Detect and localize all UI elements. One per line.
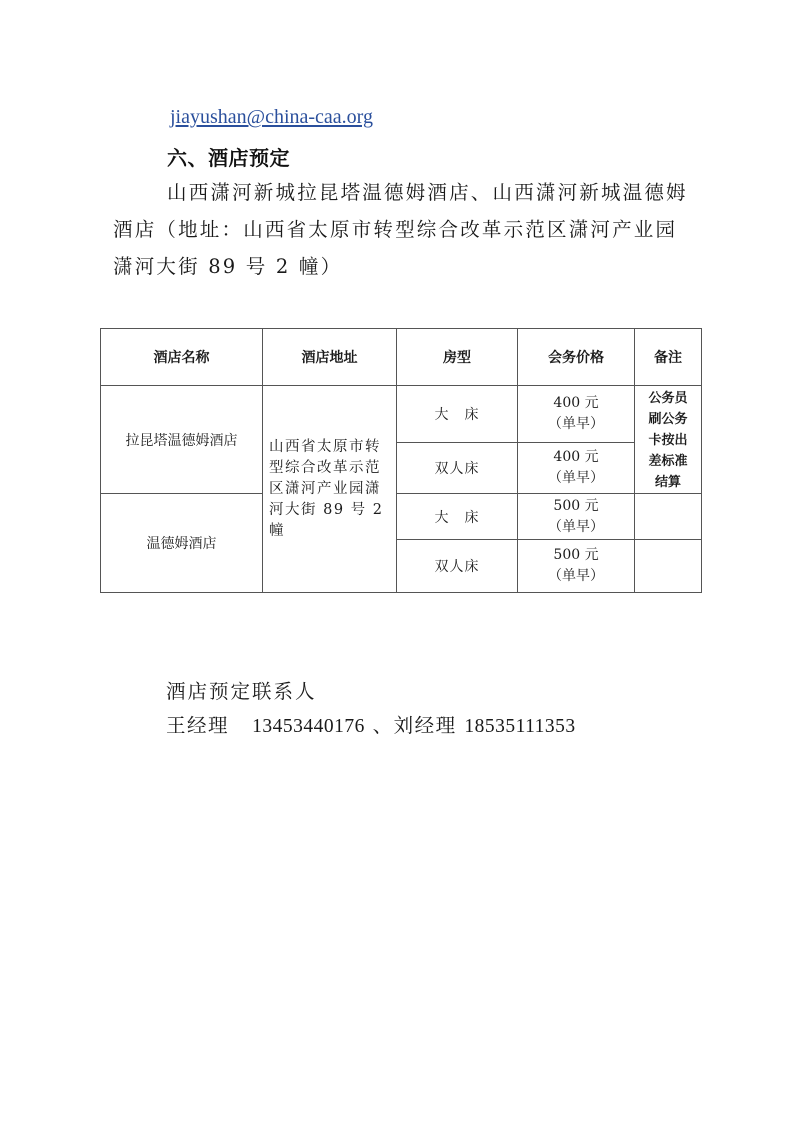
- room-type-cell: 双人床: [397, 443, 518, 494]
- email-link[interactable]: jiayushan@china-caa.org: [170, 106, 373, 129]
- breakfast-label: （单早）: [518, 517, 634, 538]
- price-value: 500 元: [518, 545, 634, 566]
- contact-line: 王经理 13453440176 、刘经理 18535111353: [166, 710, 576, 738]
- note-cell-empty: [635, 540, 702, 593]
- breakfast-label: （单早）: [518, 468, 634, 489]
- header-hotel-address: 酒店地址: [263, 329, 397, 386]
- room-type-cell: 双人床: [397, 540, 518, 593]
- note-cell-empty: [635, 494, 702, 540]
- header-hotel-name: 酒店名称: [101, 329, 263, 386]
- price-value: 400 元: [518, 393, 634, 414]
- contact-phone: 13453440176: [252, 716, 365, 737]
- table-row: 拉昆塔温德姆酒店 山西省太原市转型综合改革示范区潇河产业园潇河大街 89 号 2…: [101, 386, 702, 443]
- room-type-cell: 大 床: [397, 386, 518, 443]
- price-value: 500 元: [518, 496, 634, 517]
- breakfast-label: （单早）: [518, 566, 634, 587]
- price-cell: 400 元（单早）: [518, 386, 635, 443]
- price-cell: 500 元（单早）: [518, 494, 635, 540]
- note-line: 卡按出: [635, 430, 701, 451]
- contact-name: 刘经理: [394, 714, 457, 737]
- note-line: 公务员: [635, 388, 701, 409]
- room-type-cell: 大 床: [397, 494, 518, 540]
- contact-phone: 18535111353: [464, 716, 575, 737]
- hotel-intro-paragraph: 山西潇河新城拉昆塔温德姆酒店、山西潇河新城温德姆酒店（地址：山西省太原市转型综合…: [113, 174, 693, 285]
- price-cell: 500 元（单早）: [518, 540, 635, 593]
- note-cell: 公务员 刷公务 卡按出 差标准 结算: [635, 386, 702, 494]
- contact-separator: 、: [373, 714, 394, 737]
- section-heading: 六、酒店预定: [167, 142, 290, 171]
- contact-title: 酒店预定联系人: [166, 676, 317, 704]
- header-note: 备注: [635, 329, 702, 386]
- table-header-row: 酒店名称 酒店地址 房型 会务价格 备注: [101, 329, 702, 386]
- table-row: 温德姆酒店 大 床 500 元（单早）: [101, 494, 702, 540]
- hotel-name-cell: 温德姆酒店: [101, 494, 263, 593]
- price-value: 400 元: [518, 447, 634, 468]
- header-room-type: 房型: [397, 329, 518, 386]
- breakfast-label: （单早）: [518, 414, 634, 435]
- hotel-address-cell: 山西省太原市转型综合改革示范区潇河产业园潇河大街 89 号 2 幢: [263, 386, 397, 593]
- note-line: 刷公务: [635, 409, 701, 430]
- hotel-table: 酒店名称 酒店地址 房型 会务价格 备注 拉昆塔温德姆酒店 山西省太原市转型综合…: [100, 328, 702, 593]
- hotel-intro-text: 山西潇河新城拉昆塔温德姆酒店、山西潇河新城温德姆酒店（地址：山西省太原市转型综合…: [113, 181, 688, 278]
- note-line: 结算: [635, 472, 701, 493]
- price-cell: 400 元（单早）: [518, 443, 635, 494]
- contact-name: 王经理: [166, 714, 229, 737]
- hotel-name-cell: 拉昆塔温德姆酒店: [101, 386, 263, 494]
- header-price: 会务价格: [518, 329, 635, 386]
- note-line: 差标准: [635, 451, 701, 472]
